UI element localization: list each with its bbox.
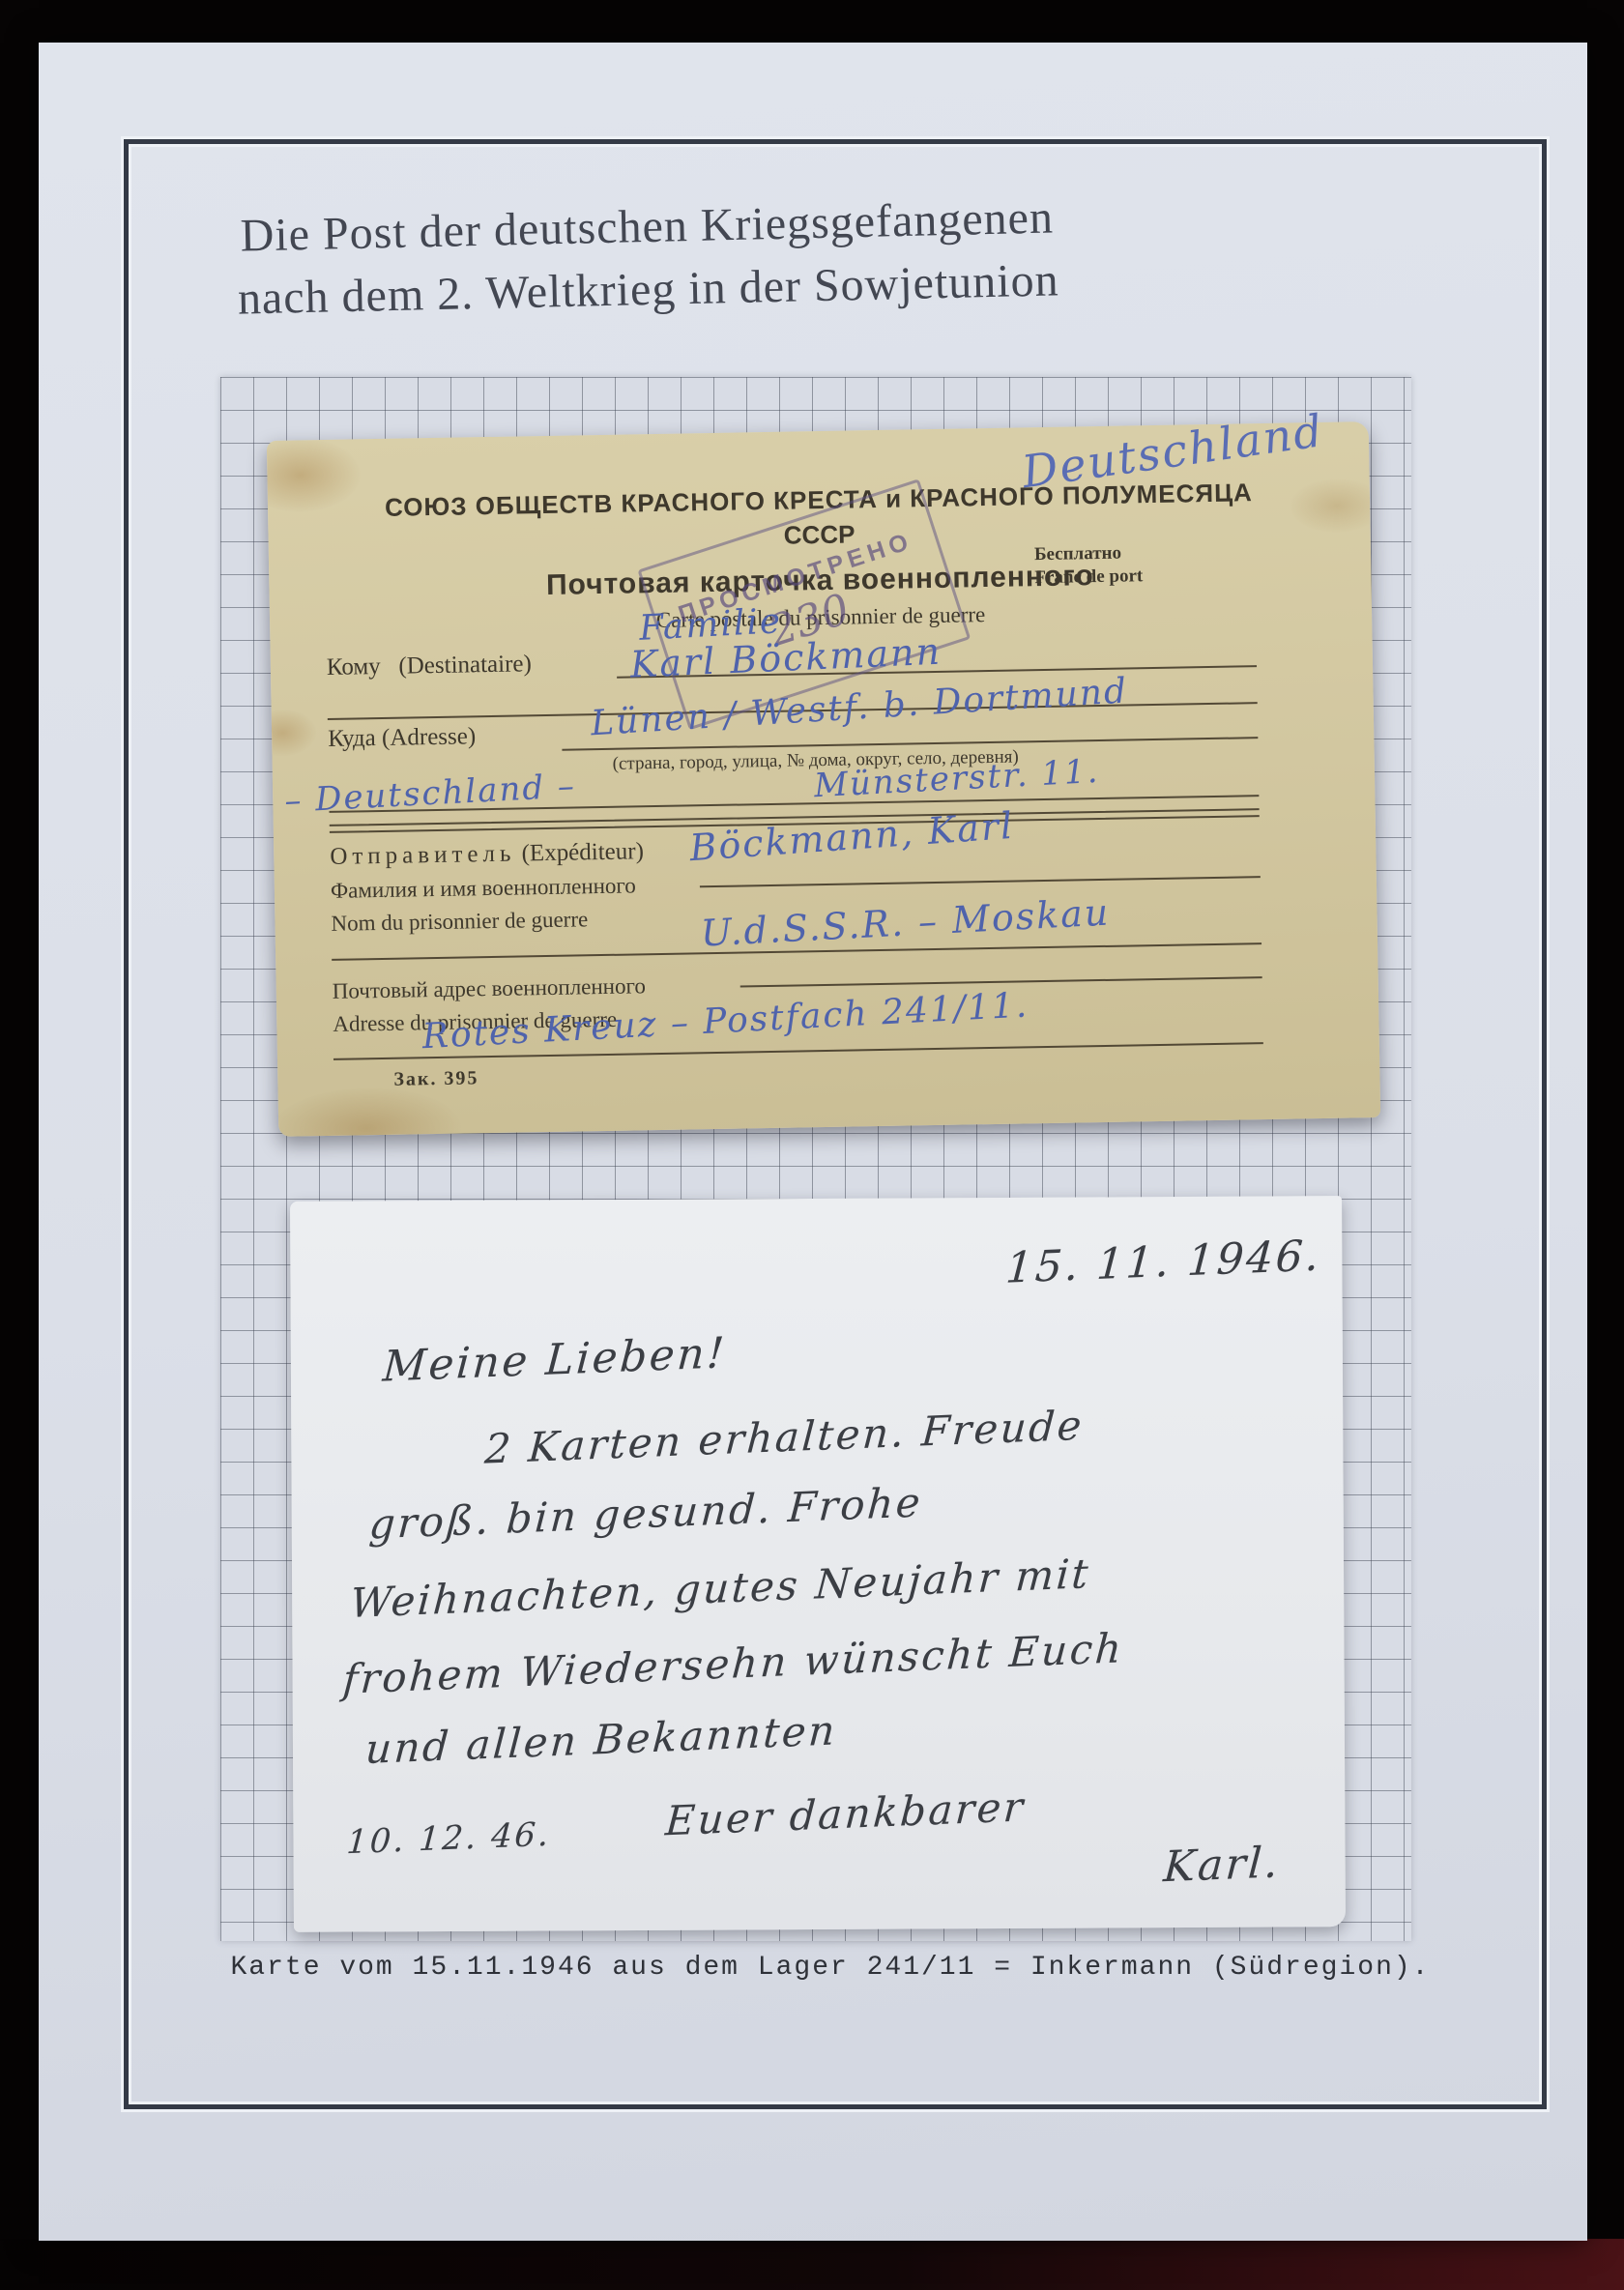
- album-page: Die Post der deutschen Kriegsgefangenen …: [39, 43, 1587, 2241]
- message-closing: Euer dankbarer: [664, 1783, 1027, 1844]
- handwritten-address-line2-left: – Deutschland –: [283, 767, 576, 821]
- address-label-fr: (Adresse): [382, 723, 477, 751]
- message-date-top: 15. 11. 1946.: [1004, 1231, 1322, 1292]
- free-of-charge-fr: Franc de port: [1034, 565, 1143, 590]
- sender-label-ru: Отправитель: [330, 841, 515, 870]
- message-line: Meine Lieben!: [381, 1328, 728, 1391]
- album-photo: Die Post der deutschen Kriegsgefangenen …: [0, 0, 1624, 2290]
- message-line: Weihnachten, gutes Neujahr mit: [349, 1550, 1092, 1627]
- pow-address-label-ru: Почтовый адрес военнопленного: [333, 973, 647, 1004]
- sender-field-label: Отправитель (Expéditeur): [330, 838, 644, 871]
- handwritten-sender-name: Böckmann, Karl: [688, 804, 1016, 869]
- to-label-fr: (Destinataire): [398, 651, 532, 679]
- sender-sub-fr: Nom du prisonnier de guerre: [331, 907, 588, 937]
- sender-sub-ru: Фамилия и имя военнопленного: [331, 873, 636, 904]
- free-of-charge-note: Бесплатно Franc de port: [1034, 541, 1144, 589]
- message-line: 2 Karten erhalten. Freude: [483, 1402, 1086, 1473]
- address-field-label: Куда (Adresse): [328, 723, 476, 753]
- print-order-note: Зак. 395: [393, 1067, 478, 1091]
- to-field-label: Кому (Destinataire): [327, 651, 532, 681]
- address-label-ru: Куда: [328, 725, 376, 752]
- pow-postcard: Deutschland СОЮЗ ОБЩЕСТВ КРАСНОГО КРЕСТА…: [267, 421, 1380, 1137]
- message-card: 15. 11. 1946. Meine Lieben! 2 Karten erh…: [290, 1196, 1346, 1932]
- handwritten-pow-address-line1: U.d.S.S.R. – Moskau: [700, 890, 1112, 954]
- page-caption: Karte vom 15.11.1946 aus dem Lager 241/1…: [124, 1953, 1537, 1983]
- album-mat-edge: [0, 2239, 1624, 2290]
- message-line: groß. bin gesund. Frohe: [367, 1478, 923, 1548]
- free-of-charge-ru: Бесплатно: [1034, 541, 1143, 566]
- to-label-ru: Кому: [327, 653, 381, 681]
- message-date-bottom: 10. 12. 46.: [345, 1815, 552, 1863]
- message-line: frohem Wiedersehn wünscht Euch: [341, 1624, 1125, 1703]
- page-title: Die Post der deutschen Kriegsgefangenen …: [144, 184, 1152, 333]
- message-line: und allen Bekannten: [364, 1706, 839, 1773]
- ruled-line: [700, 876, 1261, 887]
- sender-label-fr: (Expéditeur): [521, 838, 644, 866]
- message-signature: Karl.: [1162, 1838, 1282, 1892]
